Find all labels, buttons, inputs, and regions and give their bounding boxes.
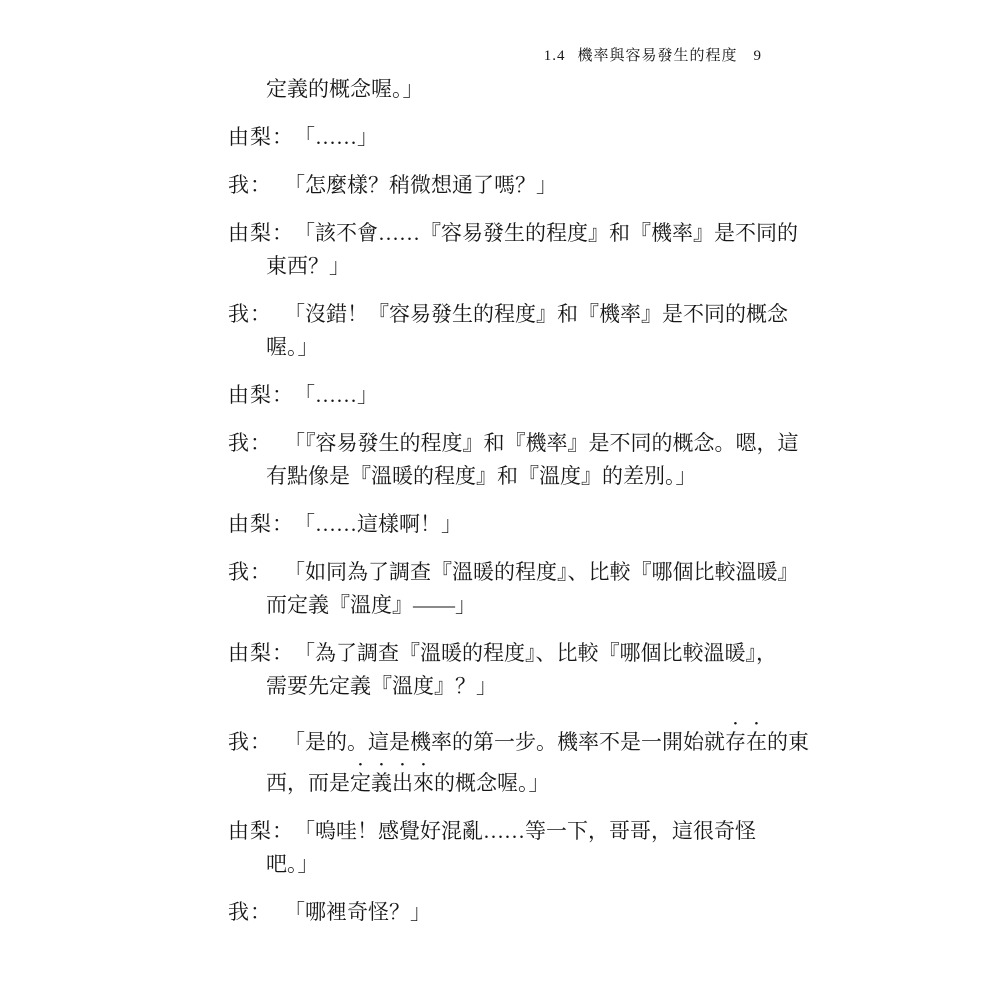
dialogue-paragraph: 我：「哪裡奇怪？」 (228, 896, 773, 929)
emphasized-text: 定義出來 (350, 771, 434, 795)
speaker-label: 我： (228, 298, 284, 331)
speaker-label: 由梨： (228, 508, 294, 541)
speaker-label: 由梨： (228, 637, 294, 670)
dialogue-paragraph: 我：「怎麼樣？稍微想通了嗎？」 (228, 169, 773, 202)
page-number: 9 (754, 48, 763, 64)
speaker-label: 我： (228, 427, 284, 460)
dialogue-paragraph: 我：「沒錯！『容易發生的程度』和『機率』是不同的概念喔。」 (228, 298, 773, 364)
dialogue-paragraph: 我：「如同為了調查『溫暖的程度』、比較『哪個比較溫暖』而定義『溫度』——」 (228, 556, 773, 622)
section-title: 機率與容易發生的程度 (577, 48, 737, 64)
speaker-label: 我： (228, 726, 284, 759)
dialogue-paragraph: 由梨：「……」 (228, 379, 773, 412)
dialogue-paragraph: 我：「『容易發生的程度』和『機率』是不同的概念。嗯，這有點像是『溫暖的程度』和『… (228, 427, 773, 493)
dialogue-paragraph: 由梨：「為了調查『溫暖的程度』、比較『哪個比較溫暖』，需要先定義『溫度』？」 (228, 637, 773, 703)
speaker-label: 由梨： (228, 815, 294, 848)
dialogue-paragraph: 由梨：「……」 (228, 121, 773, 154)
dialogue-paragraph: 我：「是的。這是機率的第一步。機率不是一開始就存在的東西，而是定義出來的概念喔。… (228, 718, 773, 800)
speaker-label: 由梨： (228, 121, 294, 154)
section-number: 1.4 (544, 48, 566, 64)
page-header: 1.4機率與容易發生的程度9 (228, 44, 762, 65)
dialogue-content: 定義的概念喔。」由梨：「……」我：「怎麼樣？稍微想通了嗎？」由梨：「該不會……『… (228, 73, 773, 944)
dialogue-paragraph: 定義的概念喔。」 (228, 73, 773, 106)
dialogue-paragraph: 由梨：「該不會……『容易發生的程度』和『機率』是不同的東西？」 (228, 217, 773, 283)
speaker-label: 我： (228, 556, 284, 589)
dialogue-paragraph: 由梨：「嗚哇！感覺好混亂……等一下，哥哥，這很奇怪吧。」 (228, 815, 773, 881)
speaker-label: 我： (228, 896, 284, 929)
dialogue-paragraph: 由梨：「……這樣啊！」 (228, 508, 773, 541)
speaker-label: 我： (228, 169, 284, 202)
emphasized-text: 存在 (725, 730, 767, 754)
speaker-label: 由梨： (228, 217, 294, 250)
speaker-label: 由梨： (228, 379, 294, 412)
